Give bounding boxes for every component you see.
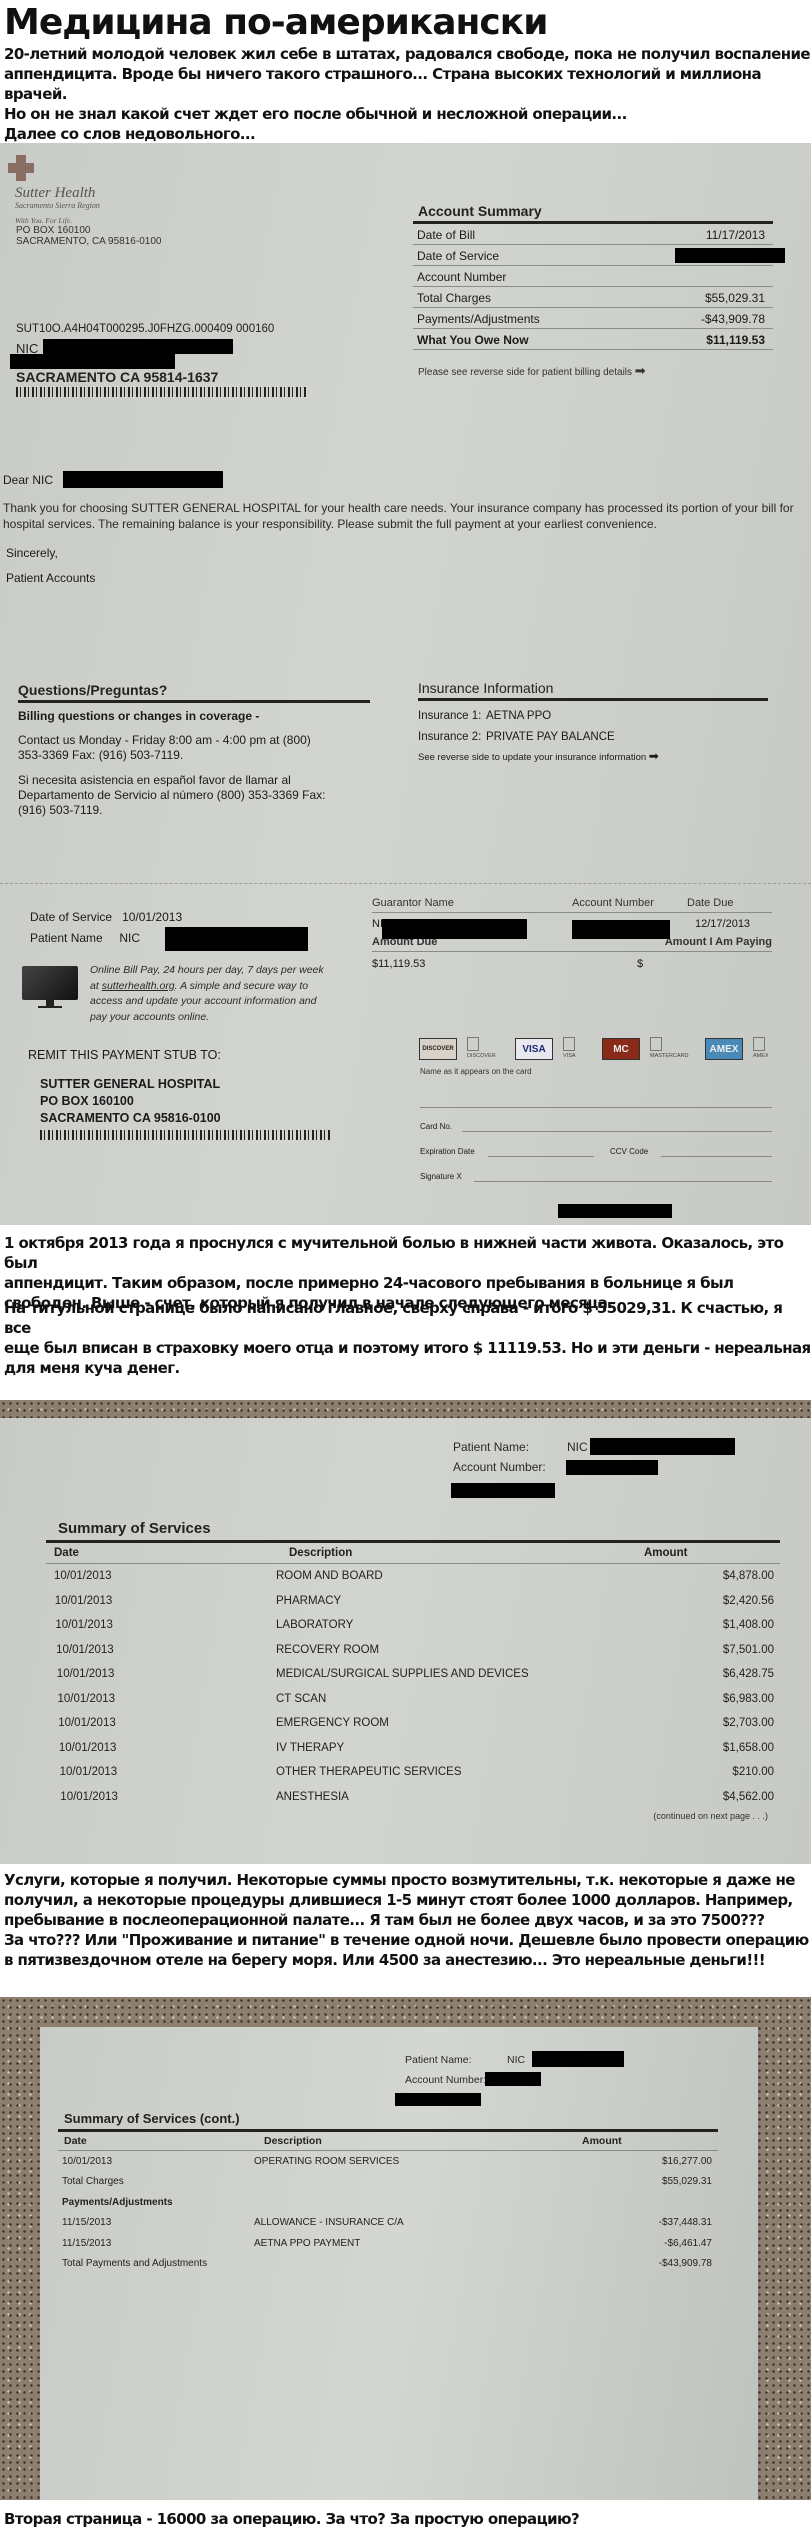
expiration-field[interactable]	[488, 1156, 594, 1157]
services-rows: 10/01/2013ROOM AND BOARD$4,878.0010/01/2…	[46, 1564, 780, 1809]
caption-line: аппендицит. Таким образом, после примерн…	[4, 1273, 811, 1293]
row-description: AETNA PPO PAYMENT	[254, 2238, 554, 2249]
services-title: Summary of Services	[46, 1520, 780, 1543]
col-amount: Amount	[644, 1547, 687, 1559]
stub-account-label: Account Number	[572, 897, 687, 909]
caption-line: Но он не знал какой счет ждет его после …	[4, 104, 811, 124]
caption-2: На титульной странице было написано глав…	[4, 1298, 811, 1378]
row-amount: -$43,909.78	[554, 2258, 718, 2269]
name-on-card-label: Name as it appears on the card	[420, 1067, 532, 1076]
questions-subtitle: Billing questions or changes in coverage…	[18, 709, 370, 723]
row-description: ANESTHESIA	[276, 1791, 636, 1803]
services-photo-1: Patient Name: NIC Account Number: Summar…	[0, 1400, 811, 1864]
amex-checkbox[interactable]	[753, 1037, 765, 1051]
row-date: 10/01/2013	[46, 1791, 276, 1803]
insurance-item: Insurance 1:AETNA PPO	[418, 710, 768, 722]
logo-region: Sacramento Sierra Region	[15, 201, 100, 210]
sender-address-line: PO BOX 160100	[16, 225, 161, 236]
row-description: ALLOWANCE - INSURANCE C/A	[254, 2217, 554, 2228]
card-label: MASTERCARD	[650, 1053, 689, 1059]
computer-monitor-icon	[22, 966, 78, 1008]
summary-value: $11,119.53	[706, 333, 765, 347]
account-number-label: Account Number:	[405, 2074, 486, 2086]
row-amount: $4,562.00	[636, 1791, 780, 1803]
card-options: DISCOVERDISCOVERVISAVISAMCMASTERCARDAMEX…	[0, 143, 811, 144]
amex-logo-icon: AMEX	[705, 1038, 743, 1060]
row-date: 10/01/2013	[46, 1595, 276, 1607]
summary-row: What You Owe Now$11,119.53	[413, 333, 773, 350]
summary-row: Total Charges$55,029.31	[413, 291, 773, 308]
billing-details-note: Please see reverse side for patient bill…	[418, 363, 646, 379]
postal-barcode	[16, 387, 306, 397]
table-row: 10/01/2013RECOVERY ROOM$7,501.00	[46, 1638, 780, 1663]
row-description: ROOM AND BOARD	[276, 1570, 636, 1582]
row-description: RECOVERY ROOM	[276, 1644, 636, 1656]
ccv-label: CCV Code	[610, 1147, 648, 1156]
table-row: 10/01/2013OPERATING ROOM SERVICES$16,277…	[58, 2151, 718, 2172]
insurance-value: PRIVATE PAY BALANCE	[486, 731, 615, 743]
redaction	[382, 919, 527, 939]
account-summary: Account Summary Date of Bill11/17/2013Da…	[413, 203, 773, 353]
caption-line: 20-летний молодой человек жил себе в шта…	[4, 44, 811, 64]
table-row: 10/01/2013EMERGENCY ROOM$2,703.00	[46, 1711, 780, 1736]
account-summary-rows: Date of Bill11/17/2013Date of Service10/…	[413, 224, 773, 354]
row-date: Total Charges	[58, 2176, 254, 2187]
table-row: Total Charges$55,029.31	[58, 2172, 718, 2193]
table-row: 10/01/2013LABORATORY$1,408.00	[46, 1613, 780, 1638]
row-date: 10/01/2013	[58, 2156, 254, 2167]
stub-date-of-service: Date of Service 10/01/2013	[30, 910, 182, 924]
patient-name-label: Patient Name:	[405, 2054, 472, 2066]
remit-address: SUTTER GENERAL HOSPITAL PO BOX 160100 SA…	[40, 1076, 221, 1127]
table-row: 10/01/2013PHARMACY$2,420.56	[46, 1589, 780, 1614]
stub-patient-label: Patient Name	[30, 931, 103, 945]
col-date: Date	[64, 2135, 264, 2147]
insurance-title: Insurance Information	[418, 680, 768, 701]
row-description: LABORATORY	[276, 1619, 636, 1631]
row-date: 10/01/2013	[46, 1742, 276, 1754]
insurance-note-text: See reverse side to update your insuranc…	[418, 752, 646, 763]
row-amount: $6,983.00	[636, 1693, 780, 1705]
services-rows: 10/01/2013OPERATING ROOM SERVICES$16,277…	[58, 2151, 718, 2274]
row-amount: $210.00	[636, 1766, 780, 1778]
mailing-code: SUT10O.A4H04T000295.J0FHZG.000409 000160	[16, 323, 274, 335]
table-row: 11/15/2013AETNA PPO PAYMENT-$6,461.47	[58, 2233, 718, 2254]
table-row: 10/01/2013OTHER THERAPEUTIC SERVICES$210…	[46, 1760, 780, 1785]
remit-barcode	[40, 1130, 330, 1140]
caption-line: аппендицита. Вроде бы ничего такого стра…	[4, 64, 811, 104]
letter-greeting: Dear NIC	[3, 473, 53, 487]
services-photo-2: Patient Name: NIC Account Number: Summar…	[0, 1997, 811, 2500]
insurance-note: See reverse side to update your insuranc…	[418, 749, 768, 763]
caption-line: Услуги, которые я получил. Некоторые сум…	[4, 1870, 809, 1890]
amount-due-value: $11,119.53	[372, 958, 637, 970]
bill-page: Sutter Health Sacramento Sierra Region W…	[0, 143, 811, 1225]
caption-line: пребывание в послеоперационной палате...…	[4, 1910, 809, 1930]
stub-patient-value: NIC	[119, 931, 140, 945]
name-on-card-field[interactable]	[420, 1107, 772, 1108]
row-amount: $7,501.00	[636, 1644, 780, 1656]
visa-logo-icon: VISA	[515, 1038, 553, 1060]
mastercard-checkbox[interactable]	[650, 1037, 662, 1051]
stub-patient-name: Patient Name NIC	[30, 931, 140, 945]
insurance-label: Insurance 2:	[418, 731, 486, 743]
remit-label: REMIT THIS PAYMENT STUB TO:	[28, 1048, 221, 1062]
redaction	[395, 2093, 481, 2106]
table-row: 10/01/2013ROOM AND BOARD$4,878.00	[46, 1564, 780, 1589]
caption-line: 1 октября 2013 года я проснулся с мучите…	[4, 1233, 811, 1273]
row-date: 10/01/2013	[46, 1644, 276, 1656]
redaction	[572, 920, 670, 939]
patient-name-label: Patient Name:	[453, 1440, 529, 1454]
insurance-label: Insurance 1:	[418, 710, 486, 722]
row-amount: $16,277.00	[554, 2156, 718, 2167]
row-description: IV THERAPY	[276, 1742, 636, 1754]
summary-value: $55,029.31	[705, 291, 765, 305]
redaction	[566, 1460, 658, 1475]
row-date: 10/01/2013	[46, 1693, 276, 1705]
table-row: 10/01/2013CT SCAN$6,983.00	[46, 1687, 780, 1712]
col-amount: Amount	[582, 2135, 622, 2147]
visa-checkbox[interactable]	[563, 1037, 575, 1051]
services-header: Date Description Amount	[46, 1543, 780, 1564]
tear-line	[0, 883, 811, 884]
insurance-items: Insurance 1:AETNA PPOInsurance 2:PRIVATE…	[418, 710, 768, 743]
redaction	[485, 2072, 541, 2086]
summary-value: 11/17/2013	[706, 228, 765, 242]
sutter-health-logo-icon	[8, 155, 34, 181]
discover-logo-icon: DISCOVER	[419, 1038, 457, 1060]
insurance-section: Insurance Information Insurance 1:AETNA …	[418, 680, 768, 763]
row-date: Payments/Adjustments	[58, 2197, 254, 2208]
discover-checkbox[interactable]	[467, 1037, 479, 1051]
row-description: EMERGENCY ROOM	[276, 1717, 636, 1729]
row-description: MEDICAL/SURGICAL SUPPLIES AND DEVICES	[276, 1668, 636, 1680]
card-no-field[interactable]	[462, 1131, 772, 1132]
row-date: 11/15/2013	[58, 2238, 254, 2249]
services-header: Date Description Amount	[58, 2132, 718, 2151]
table-row: 10/01/2013MEDICAL/SURGICAL SUPPLIES AND …	[46, 1662, 780, 1687]
questions-contact: Contact us Monday - Friday 8:00 am - 4:0…	[18, 733, 328, 763]
services-table-2: Summary of Services (cont.) Date Descrip…	[58, 2111, 718, 2274]
summary-label: What You Owe Now	[417, 333, 529, 347]
mailing-city: SACRAMENTO CA 95814-1637	[16, 369, 218, 385]
sutterhealth-link[interactable]: sutterhealth.org	[102, 980, 175, 992]
caption-line: На титульной странице было написано глав…	[4, 1298, 811, 1338]
row-amount: $4,878.00	[636, 1570, 780, 1582]
logo-tagline: With You. For Life.	[15, 216, 72, 225]
row-date: 10/01/2013	[46, 1717, 276, 1729]
card-label: VISA	[563, 1053, 576, 1059]
account-number-label: Account Number:	[453, 1460, 546, 1474]
services-table-1: Summary of Services Date Description Amo…	[46, 1520, 780, 1821]
card-label: DISCOVER	[467, 1053, 496, 1059]
logo-name: Sutter Health	[15, 185, 95, 202]
arrow-right-icon: ➡	[635, 363, 646, 378]
row-amount: $2,420.56	[636, 1595, 780, 1607]
questions-spanish: Si necesita asistencia en español favor …	[18, 773, 348, 818]
redaction	[675, 248, 785, 263]
stub-date-value: 10/01/2013	[122, 910, 182, 924]
caption-line: получил, а некоторые процедуры длившиеся…	[4, 1890, 809, 1910]
row-description: PHARMACY	[276, 1595, 636, 1607]
online-bill-pay-text: Online Bill Pay, 24 hours per day, 7 day…	[90, 963, 335, 1025]
post-title: Медицина по-американски	[4, 2, 811, 44]
col-description: Description	[289, 1547, 644, 1559]
bill-photo: Sutter Health Sacramento Sierra Region W…	[0, 143, 811, 1225]
questions-title: Questions/Preguntas?	[18, 682, 370, 703]
table-row: 11/15/2013ALLOWANCE - INSURANCE C/A-$37,…	[58, 2213, 718, 2234]
billing-details-note-text: Please see reverse side for patient bill…	[418, 367, 632, 378]
redaction	[43, 339, 233, 354]
patient-name-value: NIC	[507, 2054, 525, 2066]
post-header: Медицина по-американски 20-летний молодо…	[4, 2, 811, 144]
guarantor-label: Guarantor Name	[372, 897, 572, 909]
caption-line: в пятизвездочном отеле на берегу моря. И…	[4, 1950, 809, 1970]
caption-4-text: Вторая страница - 16000 за операцию. За …	[4, 2509, 579, 2529]
summary-label: Total Charges	[417, 291, 491, 305]
ccv-field[interactable]	[661, 1156, 772, 1157]
caption-3: Услуги, которые я получил. Некоторые сум…	[4, 1870, 809, 1970]
stub-date-label: Date of Service	[30, 910, 112, 924]
row-amount: $6,428.75	[636, 1668, 780, 1680]
row-date: 10/01/2013	[46, 1766, 276, 1778]
signature-field[interactable]	[474, 1181, 772, 1182]
row-amount: $55,029.31	[554, 2176, 718, 2187]
redaction	[590, 1438, 735, 1455]
row-amount: $2,703.00	[636, 1717, 780, 1729]
table-row: Total Payments and Adjustments-$43,909.7…	[58, 2254, 718, 2275]
services-page-2: Patient Name: NIC Account Number: Summar…	[40, 2027, 758, 2500]
caption-4: Вторая страница - 16000 за операцию. За …	[4, 2509, 579, 2529]
caption-line: За что??? Или "Проживание и питание" в т…	[4, 1930, 809, 1950]
remit-address-line: SACRAMENTO CA 95816-0100	[40, 1110, 221, 1127]
summary-value: -$43,909.78	[701, 312, 765, 326]
account-summary-title: Account Summary	[413, 203, 773, 224]
caption-line: Далее со слов недовольного...	[4, 124, 811, 144]
services-page-1: Patient Name: NIC Account Number: Summar…	[0, 1418, 811, 1864]
insurance-value: AETNA PPO	[486, 710, 551, 722]
amount-paying-input[interactable]: $	[637, 958, 643, 970]
sender-address: PO BOX 160100 SACRAMENTO, CA 95816-0100	[16, 225, 161, 247]
card-no-label: Card No.	[420, 1122, 452, 1131]
row-date: 10/01/2013	[46, 1570, 276, 1582]
expiration-label: Expiration Date	[420, 1147, 475, 1156]
remit-address-line: PO BOX 160100	[40, 1093, 221, 1110]
row-date: 10/01/2013	[46, 1668, 276, 1680]
row-amount: $1,658.00	[636, 1742, 780, 1754]
row-amount: $1,408.00	[636, 1619, 780, 1631]
row-description: CT SCAN	[276, 1693, 636, 1705]
amount-paying-label: Amount I Am Paying	[665, 936, 772, 948]
row-date: 11/15/2013	[58, 2217, 254, 2228]
letter-body: Thank you for choosing SUTTER GENERAL HO…	[3, 500, 798, 532]
row-description: OTHER THERAPEUTIC SERVICES	[276, 1766, 636, 1778]
redaction	[451, 1483, 555, 1498]
signature-label: Signature X	[420, 1172, 462, 1181]
letter-closing: Sincerely,	[6, 546, 58, 560]
summary-label: Date of Bill	[417, 228, 475, 242]
redaction	[10, 354, 175, 369]
summary-label: Date of Service	[417, 249, 499, 263]
caption-line: для меня куча денег.	[4, 1358, 811, 1378]
table-row: 10/01/2013ANESTHESIA$4,562.00	[46, 1785, 780, 1810]
continued-note: (continued on next page . . .)	[46, 1809, 780, 1821]
card-label: AMEX	[753, 1053, 769, 1059]
col-description: Description	[264, 2135, 582, 2147]
patient-name-value: NIC	[567, 1440, 588, 1454]
row-date: Total Payments and Adjustments	[58, 2258, 254, 2269]
caption-line: еще был вписан в страховку моего отца и …	[4, 1338, 811, 1358]
col-date: Date	[54, 1547, 289, 1559]
summary-row: Payments/Adjustments-$43,909.78	[413, 312, 773, 329]
summary-row: Date of Bill11/17/2013	[413, 228, 773, 245]
row-amount: -$6,461.47	[554, 2238, 718, 2249]
due-date-label: Date Due	[687, 897, 733, 909]
mastercard-logo-icon: MC	[602, 1038, 640, 1060]
sender-address-line: SACRAMENTO, CA 95816-0100	[16, 236, 161, 247]
summary-label: Payments/Adjustments	[417, 312, 540, 326]
remit-address-line: SUTTER GENERAL HOSPITAL	[40, 1076, 221, 1093]
table-row: 10/01/2013IV THERAPY$1,658.00	[46, 1736, 780, 1761]
row-amount: -$37,448.31	[554, 2217, 718, 2228]
letter-signature: Patient Accounts	[6, 571, 95, 585]
row-description: OPERATING ROOM SERVICES	[254, 2156, 554, 2167]
questions-section: Questions/Preguntas? Billing questions o…	[18, 682, 370, 818]
redaction	[532, 2051, 624, 2067]
post-intro: 20-летний молодой человек жил себе в шта…	[4, 44, 811, 144]
redaction	[165, 927, 308, 951]
arrow-right-icon: ➡	[649, 749, 659, 763]
redaction	[558, 1204, 672, 1218]
due-date-value: 12/17/2013	[687, 918, 750, 930]
summary-label: Account Number	[417, 270, 506, 284]
services-title: Summary of Services (cont.)	[58, 2111, 718, 2132]
table-row: Payments/Adjustments	[58, 2192, 718, 2213]
row-date: 10/01/2013	[46, 1619, 276, 1631]
redaction	[63, 471, 223, 488]
insurance-item: Insurance 2:PRIVATE PAY BALANCE	[418, 731, 768, 743]
summary-row: Account Number	[413, 270, 773, 287]
